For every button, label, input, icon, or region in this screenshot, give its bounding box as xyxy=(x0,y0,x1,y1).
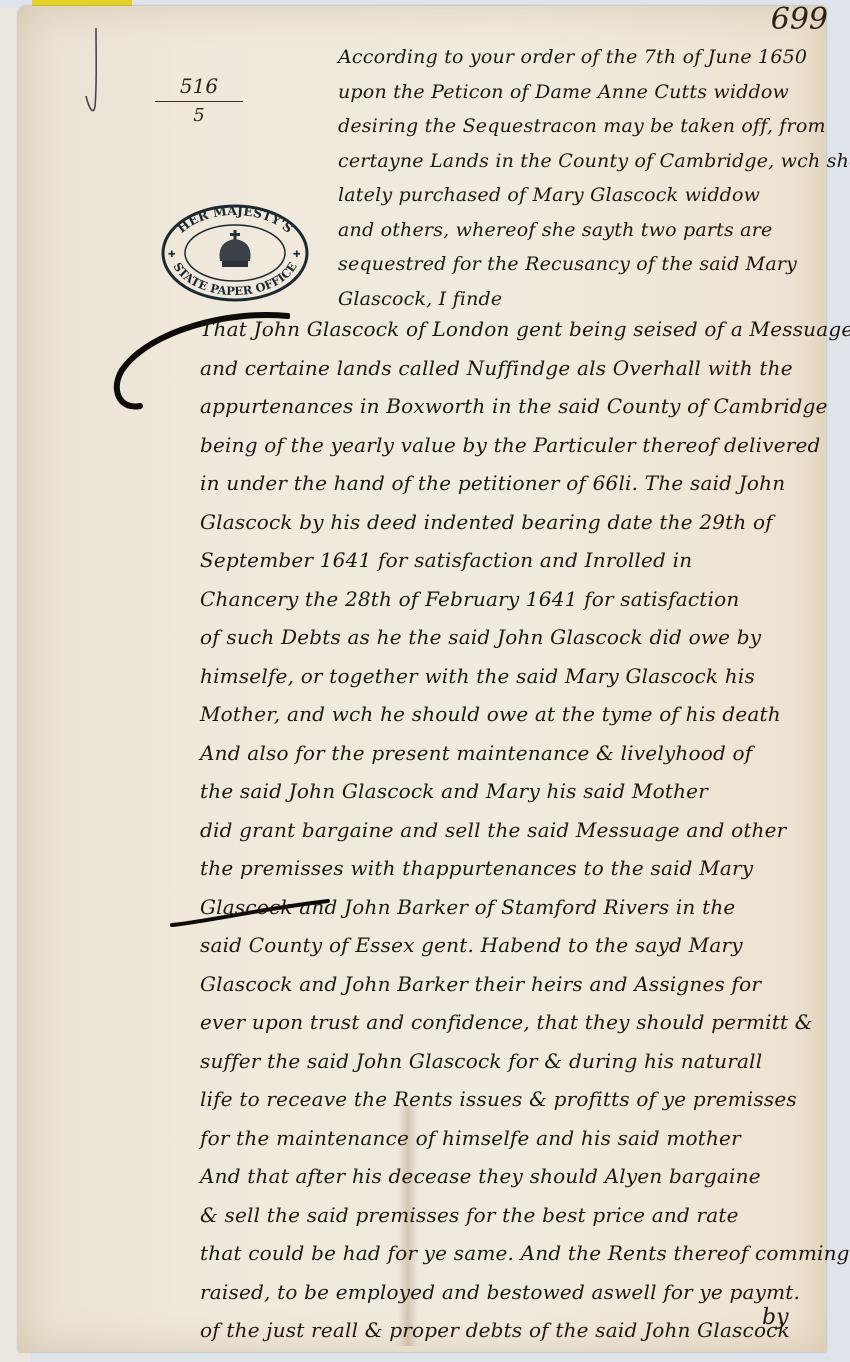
text-line: life to receave the Rents issues & profi… xyxy=(200,1080,830,1119)
text-line: in under the hand of the petitioner of 6… xyxy=(200,464,830,503)
folio-number: 699 xyxy=(771,2,828,37)
text-line: and others, whereof she sayth two parts … xyxy=(338,213,838,248)
text-line: That John Glascock of London gent being … xyxy=(200,310,830,349)
text-line: sequestred for the Recusancy of the said… xyxy=(338,247,838,282)
catchword: by xyxy=(762,1305,789,1330)
text-line: desiring the Sequestracon may be taken o… xyxy=(338,109,838,144)
reference-number: 516 5 xyxy=(155,75,243,126)
state-paper-office-stamp: HER MAJESTY'S STATE PAPER OFFICE ✚ ✚ xyxy=(160,203,310,303)
text-line: being of the yearly value by the Particu… xyxy=(200,426,830,465)
text-line: did grant bargaine and sell the said Mes… xyxy=(200,811,830,850)
crown-icon xyxy=(220,230,251,267)
text-line: Chancery the 28th of February 1641 for s… xyxy=(200,580,830,619)
text-line: of such Debts as he the said John Glasco… xyxy=(200,618,830,657)
text-line: ever upon trust and confidence, that the… xyxy=(200,1003,830,1042)
text-line: September 1641 for satisfaction and Inro… xyxy=(200,541,830,580)
text-line: said County of Essex gent. Habend to the… xyxy=(200,926,830,965)
text-line: Mother, and wch he should owe at the tym… xyxy=(200,695,830,734)
text-line: raised, to be employed and bestowed aswe… xyxy=(200,1273,830,1312)
body-paragraph: That John Glascock of London gent being … xyxy=(200,310,830,1350)
text-line: the said John Glascock and Mary his said… xyxy=(200,772,830,811)
text-line: lately purchased of Mary Glascock widdow xyxy=(338,178,838,213)
text-line: himselfe, or together with the said Mary… xyxy=(200,657,830,696)
svg-text:✚: ✚ xyxy=(168,250,176,260)
text-line: of the just reall & proper debts of the … xyxy=(200,1311,830,1350)
svg-text:✚: ✚ xyxy=(293,250,301,260)
opening-paragraph: According to your order of the 7th of Ju… xyxy=(338,40,838,316)
text-line: suffer the said John Glascock for & duri… xyxy=(200,1042,830,1081)
text-line: upon the Peticon of Dame Anne Cutts widd… xyxy=(338,75,838,110)
text-line: Glascock and John Barker of Stamford Riv… xyxy=(200,888,830,927)
text-line: And also for the present maintenance & l… xyxy=(200,734,830,773)
reference-number-bottom: 5 xyxy=(155,102,243,126)
margin-tick-mark xyxy=(82,26,102,116)
text-line: & sell the said premisses for the best p… xyxy=(200,1196,830,1235)
text-line: Glascock by his deed indented bearing da… xyxy=(200,503,830,542)
text-line: certayne Lands in the County of Cambridg… xyxy=(338,144,838,179)
text-line: appurtenances in Boxworth in the said Co… xyxy=(200,387,830,426)
text-line: Glascock and John Barker their heirs and… xyxy=(200,965,830,1004)
text-line: According to your order of the 7th of Ju… xyxy=(338,40,838,75)
text-line: that could be had for ye same. And the R… xyxy=(200,1234,830,1273)
text-line: the premisses with thappurtenances to th… xyxy=(200,849,830,888)
text-line: And that after his decease they should A… xyxy=(200,1157,830,1196)
text-line: and certaine lands called Nuffindge als … xyxy=(200,349,830,388)
text-line: for the maintenance of himselfe and his … xyxy=(200,1119,830,1158)
reference-number-top: 516 xyxy=(155,75,243,102)
